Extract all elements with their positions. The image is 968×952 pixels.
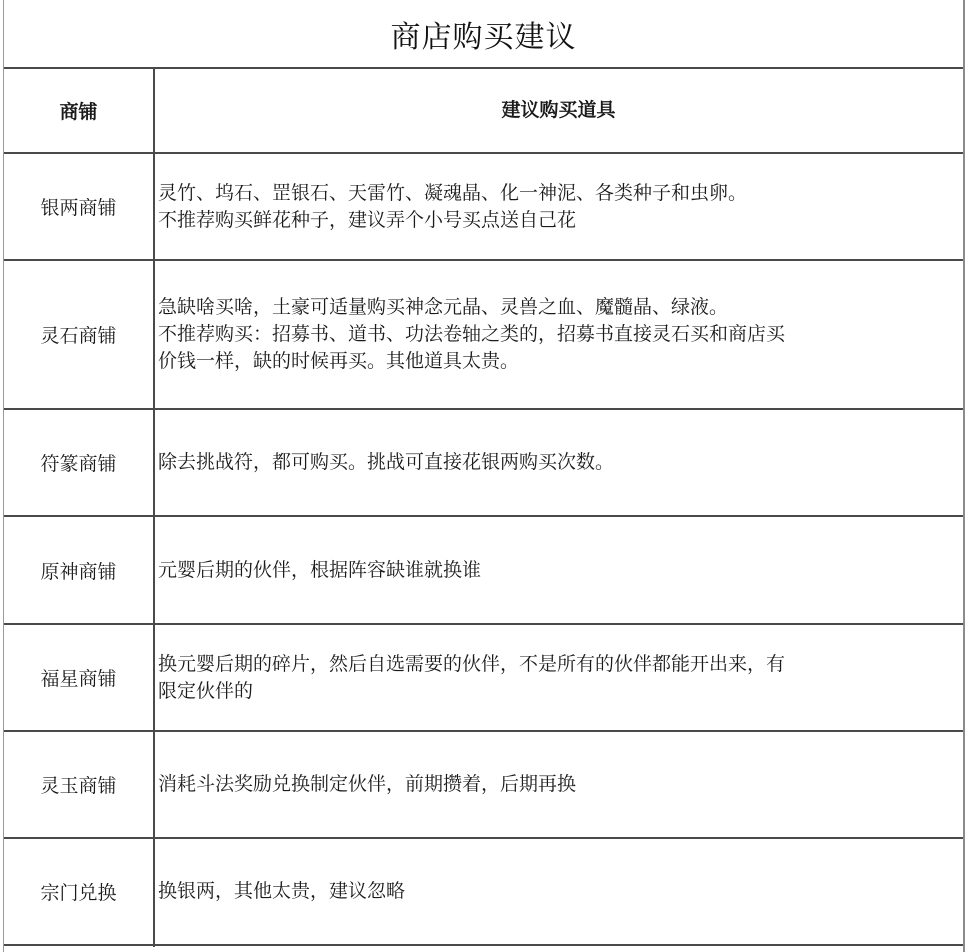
table-row: 灵玉商铺 消耗斗法奖励兑换制定伙伴，前期攒着，后期再换	[4, 732, 963, 837]
shop-name: 原神商铺	[4, 517, 153, 623]
shop-name: 灵石商铺	[4, 261, 153, 408]
shop-advice: 除去挑战符，都可购买。挑战可直接花银两购买次数。	[156, 410, 961, 515]
shop-advice: 急缺啥买啥，土豪可适量购买神念元晶、灵兽之血、魔髓晶、绿液。 不推荐购买：招募书…	[156, 261, 961, 408]
shop-name: 灵玉商铺	[4, 732, 153, 837]
table-header-row: 商铺 建议购买道具	[4, 69, 963, 152]
advice-line: 不推荐购买：招募书、道书、功法卷轴之类的，招募书直接灵石买和商店买	[158, 321, 785, 348]
advice-line: 急缺啥买啥，土豪可适量购买神念元晶、灵兽之血、魔髓晶、绿液。	[158, 294, 785, 321]
table-row: 宗门兑换 换银两，其他太贵，建议忽略	[4, 839, 963, 944]
table-row: 福星商铺 换元婴后期的碎片，然后自选需要的伙伴，不是所有的伙伴都能开出来，有 限…	[4, 625, 963, 730]
shop-advice: 换元婴后期的碎片，然后自选需要的伙伴，不是所有的伙伴都能开出来，有 限定伙伴的	[156, 625, 961, 730]
sheet-right-edge	[963, 0, 965, 952]
advice-line: 换银两，其他太贵，建议忽略	[158, 878, 405, 905]
shop-advice: 灵竹、坞石、罡银石、天雷竹、凝魂晶、化一神泥、各类种子和虫卵。 不推荐购买鲜花种…	[156, 154, 961, 259]
advice-line: 灵竹、坞石、罡银石、天雷竹、凝魂晶、化一神泥、各类种子和虫卵。	[158, 180, 747, 207]
table-row: 符篆商铺 除去挑战符，都可购买。挑战可直接花银两购买次数。	[4, 410, 963, 515]
advice-line: 不推荐购买鲜花种子，建议弄个小号买点送自己花	[158, 207, 747, 234]
advice-line: 消耗斗法奖励兑换制定伙伴，前期攒着，后期再换	[158, 771, 576, 798]
grid-line	[4, 944, 963, 946]
shop-name: 银两商铺	[4, 154, 153, 259]
table-title: 商店购买建议	[4, 0, 963, 68]
header-items: 建议购买道具	[156, 69, 961, 152]
shop-name: 宗门兑换	[4, 839, 153, 944]
advice-line: 价钱一样，缺的时候再买。其他道具太贵。	[158, 348, 785, 375]
advice-line: 换元婴后期的碎片，然后自选需要的伙伴，不是所有的伙伴都能开出来，有	[158, 651, 785, 678]
shop-advice: 消耗斗法奖励兑换制定伙伴，前期攒着，后期再换	[156, 732, 961, 837]
shop-advice-sheet: 商店购买建议 商铺 建议购买道具 银两商铺 灵竹、坞石、罡银石、天雷竹、凝魂晶、…	[0, 0, 968, 952]
table-row: 银两商铺 灵竹、坞石、罡银石、天雷竹、凝魂晶、化一神泥、各类种子和虫卵。 不推荐…	[4, 154, 963, 259]
shop-name: 符篆商铺	[4, 410, 153, 515]
advice-line: 元婴后期的伙伴，根据阵容缺谁就换谁	[158, 557, 481, 584]
shop-advice: 换银两，其他太贵，建议忽略	[156, 839, 961, 944]
advice-line: 限定伙伴的	[158, 678, 785, 705]
header-shop: 商铺	[4, 69, 153, 152]
shop-name: 福星商铺	[4, 625, 153, 730]
table-row: 灵石商铺 急缺啥买啥，土豪可适量购买神念元晶、灵兽之血、魔髓晶、绿液。 不推荐购…	[4, 261, 963, 408]
shop-advice: 元婴后期的伙伴，根据阵容缺谁就换谁	[156, 517, 961, 623]
advice-line: 除去挑战符，都可购买。挑战可直接花银两购买次数。	[158, 449, 614, 476]
table-row: 原神商铺 元婴后期的伙伴，根据阵容缺谁就换谁	[4, 517, 963, 623]
